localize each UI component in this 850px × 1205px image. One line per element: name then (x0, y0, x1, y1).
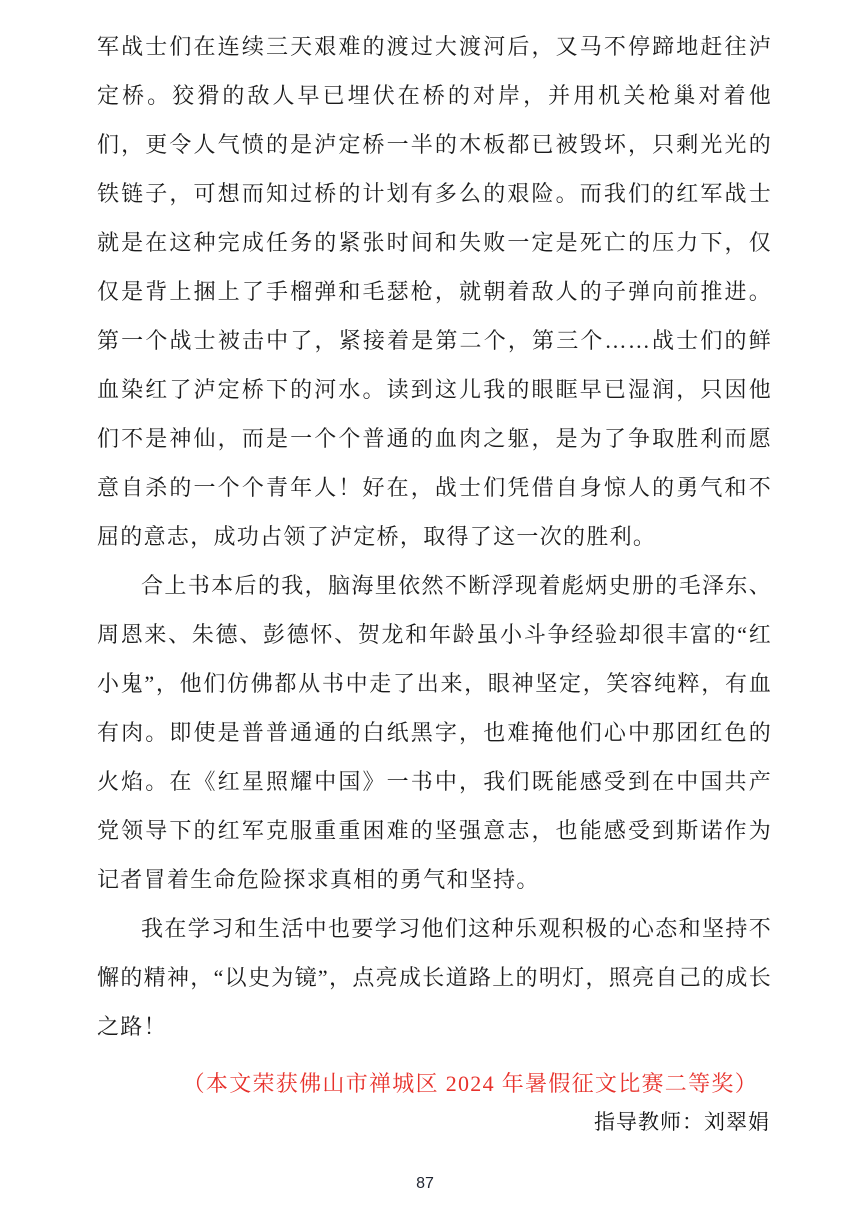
essay-body: 军战士们在连续三天艰难的渡过大渡河后，又马不停蹄地赶往泸定桥。狡猾的敌人早已埋伏… (97, 22, 772, 1051)
teacher-credit: 指导教师：刘翠娟 (97, 1105, 770, 1141)
essay-paragraph-continuation: 军战士们在连续三天艰难的渡过大渡河后，又马不停蹄地赶往泸定桥。狡猾的敌人早已埋伏… (97, 22, 772, 561)
essay-paragraph-conclusion: 我在学习和生活中也要学习他们这种乐观积极的心态和坚持不懈的精神，“以史为镜”，点… (97, 904, 772, 1051)
essay-paragraph-reflection: 合上书本后的我，脑海里依然不断浮现着彪炳史册的毛泽东、周恩来、朱德、彭德怀、贺龙… (97, 561, 772, 904)
document-page: 军战士们在连续三天艰难的渡过大渡河后，又马不停蹄地赶往泸定桥。狡猾的敌人早已埋伏… (0, 0, 850, 1205)
page-number: 87 (416, 1175, 434, 1192)
award-note: （本文荣获佛山市禅城区 2024 年暑假征文比赛二等奖） (97, 1065, 758, 1103)
page-footer: 87 (0, 1175, 850, 1193)
